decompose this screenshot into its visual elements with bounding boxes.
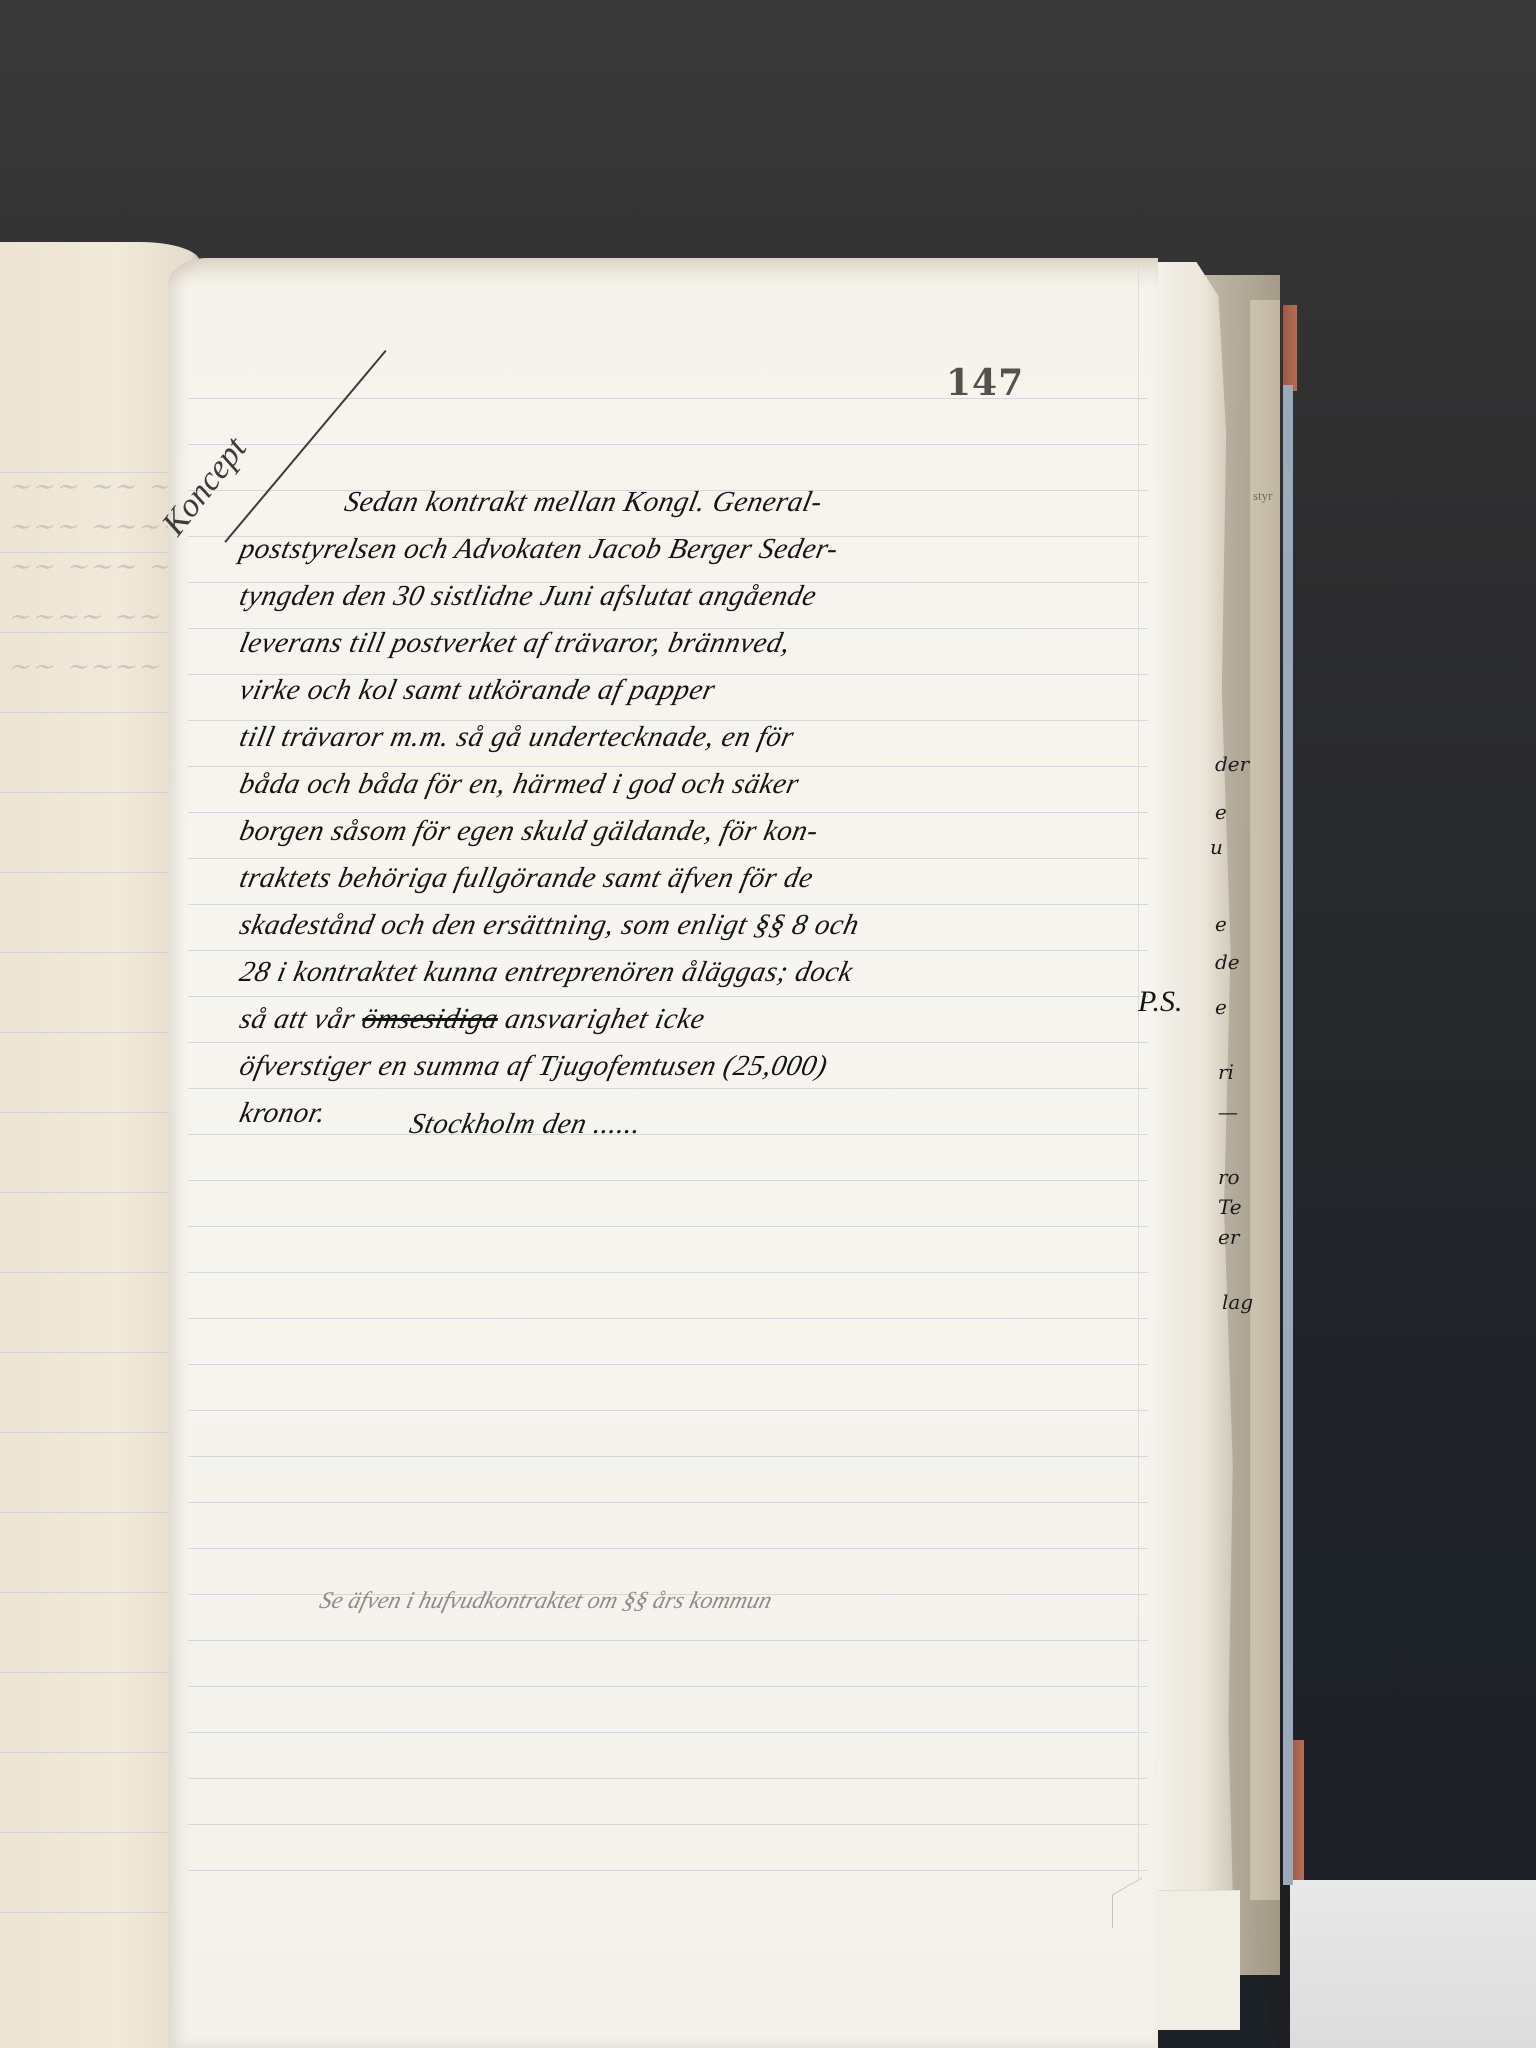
edge-fragment: ro [1218,1165,1240,1189]
rule-line [188,1824,1148,1825]
closing-line: Stockholm den ...... [406,1108,1313,1141]
rule-line [188,1318,1148,1319]
rule-line [188,1226,1148,1227]
rule-line [0,1672,196,1673]
rule-line [188,1502,1148,1503]
edge-fragment: e [1215,800,1227,824]
rule-line [188,1364,1148,1365]
rule-line [0,1032,196,1033]
side-annotation-ps: P.S. [1138,985,1182,1019]
rule-line [188,812,1148,813]
rule-line [188,858,1148,859]
rule-line [188,904,1148,905]
rule-line [0,1192,196,1193]
rule-line [188,1456,1148,1457]
body-line: skadestånd och den ersättning, som enlig… [236,909,1143,942]
rule-line [0,1272,196,1273]
page-top-shadow [168,258,1158,288]
ledger-page [168,258,1158,2048]
edge-fragment: e [1215,995,1227,1019]
rule-line [188,444,1148,445]
rule-line [0,1592,196,1593]
rule-line [188,1088,1148,1089]
rule-line [188,1548,1148,1549]
rule-line [188,1870,1148,1871]
rule-line [0,1912,196,1913]
body-line: virke och kol samt utkörande af papper [236,674,1143,707]
spine-binding-top [1283,305,1297,391]
rule-line [188,1732,1148,1733]
rule-line [188,1640,1148,1641]
bleed-through-text: ~~~ ~~ ~ [3,472,180,502]
rule-line [188,950,1148,951]
rule-line [0,952,196,953]
rule-line [188,1042,1148,1043]
body-line: tyngden den 30 sistlidne Juni afslutat a… [236,580,1143,613]
page-number: 147 [946,362,1024,404]
edge-fragment: er [1218,1225,1239,1249]
edge-fragment: ri [1218,1060,1234,1084]
body-line-start: så att vår [237,1003,366,1035]
rule-line [188,1272,1148,1273]
rule-line [0,1512,196,1513]
body-line: så att vår ömsesidiga ansvarighet icke [236,1003,1143,1036]
struck-word: ömsesidiga [359,1003,501,1035]
rule-line [0,1352,196,1353]
rule-line [0,712,196,713]
body-line: leverans till postverket af trävaror, br… [236,627,1143,660]
body-line: poststyrelsen och Advokaten Jacob Berger… [236,533,1143,566]
edge-fragment: u [1210,835,1223,859]
body-line: öfverstiger en summa af Tjugofemtusen (2… [236,1050,1143,1083]
rule-line [188,766,1148,767]
rule-line [188,1778,1148,1779]
body-line: traktets behöriga fullgörande samt äfven… [236,862,1143,895]
edge-fragment: de [1215,950,1240,974]
desk-bottom [1290,1880,1536,2048]
edge-fragment: e [1215,912,1227,936]
body-line: Sedan kontrakt mellan Kongl. General- [341,486,1248,519]
body-line-end: ansvarighet icke [495,1003,708,1035]
rule-line [0,1832,196,1833]
rule-line [188,1180,1148,1181]
body-line: borgen såsom för egen skuld gäldande, fö… [236,815,1143,848]
rule-line [0,792,196,793]
rule-line [0,1112,196,1113]
edge-fragment: Te [1218,1195,1242,1219]
pencil-note: Se äfven i hufvudkontraktet om §§ års ko… [317,1588,1144,1615]
rule-line [188,1410,1148,1411]
rule-line [188,996,1148,997]
printed-fragment: styr [1253,488,1273,504]
edge-fragment: der [1215,752,1249,776]
body-line: 28 i kontraktet kunna entreprenören åläg… [236,956,1143,989]
rule-line [0,1752,196,1753]
rule-line [188,1686,1148,1687]
body-line: till trävaror m.m. så gå undertecknade, … [236,721,1143,754]
rule-line [0,632,196,633]
body-line: båda och båda för en, härmed i god och s… [236,768,1143,801]
edge-fragment: lag [1222,1290,1253,1314]
rule-line [0,872,196,873]
rule-line [0,1432,196,1433]
